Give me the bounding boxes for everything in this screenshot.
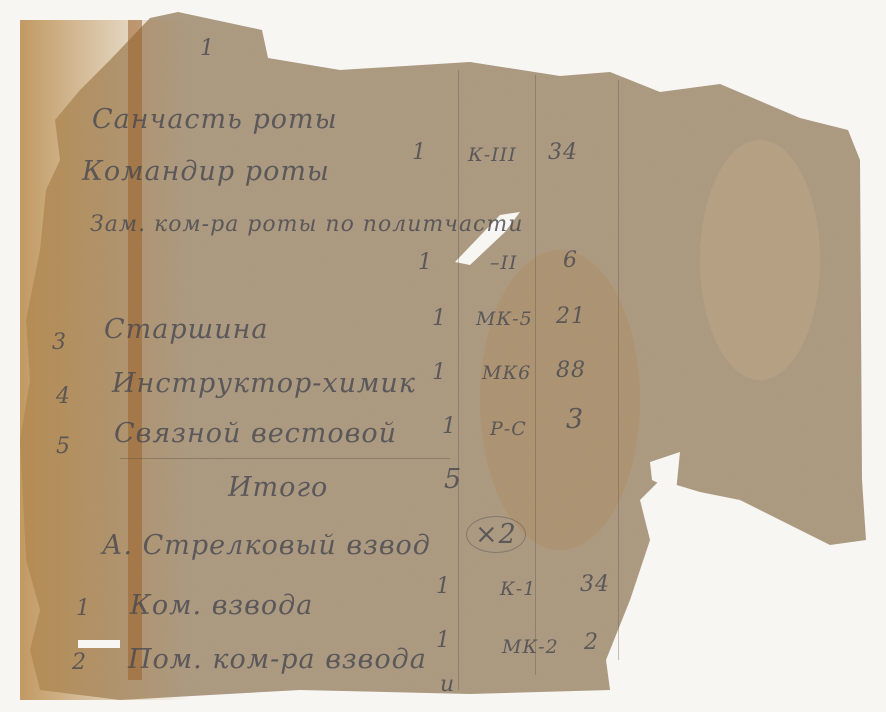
- row-count: 1: [432, 306, 447, 331]
- total-value: 5: [444, 464, 462, 495]
- row-count: 1: [418, 250, 433, 275]
- row-code: 34: [548, 140, 578, 165]
- total-label: Итого: [228, 472, 328, 503]
- row-position: Пом. ком-ра взвода: [128, 644, 427, 675]
- row-code: 6: [563, 248, 578, 273]
- row-position: Зам. ком-ра роты по политчасти: [90, 212, 523, 237]
- row-number: 2: [72, 650, 87, 675]
- row-code: 34: [580, 572, 610, 597]
- row-weapon: К-1: [500, 578, 536, 600]
- row-code: 21: [556, 304, 586, 329]
- row-weapon: МК6: [482, 362, 531, 384]
- row-weapon: Р-С: [490, 418, 527, 440]
- multiplier-circled: ×2: [466, 516, 526, 553]
- row-count: 1: [436, 574, 451, 599]
- row-code: 88: [556, 358, 586, 383]
- row-number: 4: [56, 384, 71, 409]
- row-weapon: МК-2: [502, 636, 559, 658]
- row-weapon: –II: [490, 252, 518, 274]
- row-count: 1: [436, 628, 451, 653]
- trailing-mark: и: [440, 672, 455, 697]
- section-heading: Санчасть роты: [92, 104, 338, 135]
- row-count: 1: [412, 140, 427, 165]
- section-heading: А. Стрелковый взвод: [102, 530, 431, 561]
- row-count: 1: [442, 414, 457, 439]
- row-code: 2: [584, 630, 599, 655]
- row-position: Старшина: [104, 314, 269, 345]
- page-marker: 1: [200, 36, 215, 61]
- row-position: Командир роты: [82, 156, 330, 187]
- row-number: 3: [52, 330, 67, 355]
- row-code: 3: [566, 404, 584, 435]
- row-count: 1: [432, 360, 447, 385]
- row-weapon: К-III: [468, 144, 517, 166]
- row-number: 5: [56, 434, 71, 459]
- row-weapon: МК-5: [476, 308, 533, 330]
- row-position: Связной вестовой: [114, 418, 397, 449]
- row-position: Ком. взвода: [130, 590, 313, 621]
- row-number: 1: [76, 596, 91, 621]
- row-position: Инструктор-химик: [112, 368, 416, 399]
